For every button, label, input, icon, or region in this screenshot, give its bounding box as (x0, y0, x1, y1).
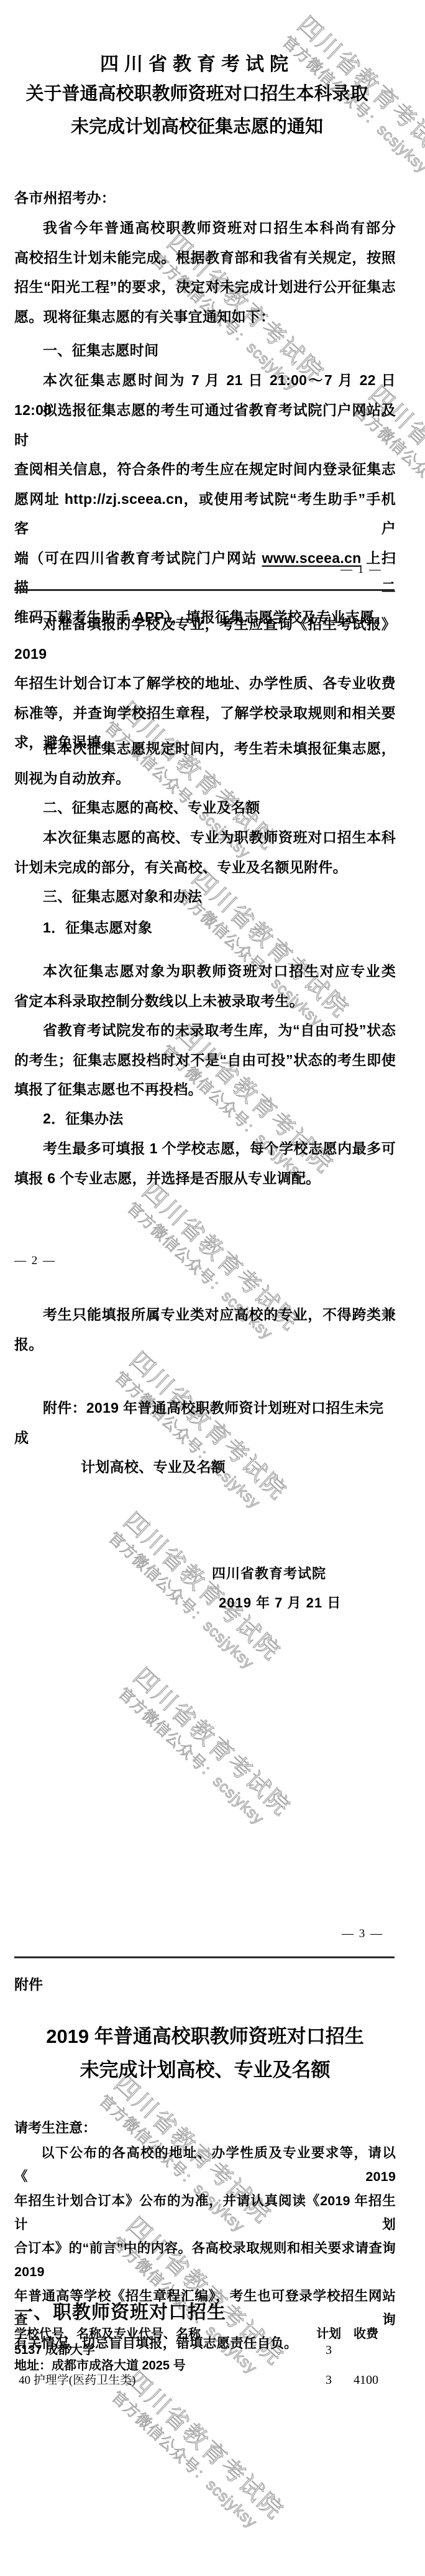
scanned-notice-page: { "watermark": { "large": "四川省教育考试院", "s… (0, 0, 425, 2576)
attachment-title-line-1: 2019 年普通高校职教师资班对口招生 (14, 2020, 396, 2048)
table-row-major: 40 护理学(医药卫生类) 3 4100 (14, 2373, 396, 2388)
page-number-3: — 3 — (342, 1927, 383, 1941)
page-number-1: — 1 — (340, 563, 382, 577)
col-school-header: 学校代号、名称及专业代号、名称 (14, 2327, 201, 2341)
col-plan-header: 计划 (313, 2327, 345, 2341)
section-heading-1: 一、征集志愿时间 (14, 336, 396, 366)
line-pre-text: 端（可在四川省教育考试院门户网站 (14, 550, 262, 566)
salutation: 各市州招考办： (14, 184, 396, 213)
attachment-title-line-2: 未完成计划高校、专业及名额 (14, 2054, 396, 2082)
page-separator-2 (14, 1956, 395, 1958)
table-row-school: 5137 成都大学 3 (14, 2343, 396, 2358)
major-fee: 4100 (349, 2373, 383, 2388)
page-separator-1 (14, 589, 395, 591)
paragraph-intro: 我省今年普通高校职教师资班对口招生本科尚有部分 高校招生计划未能完成。根据教育部… (14, 213, 396, 332)
section-heading-2: 二、征集志愿的高校、专业及名额 (14, 793, 396, 823)
paragraph-schools: 本次征集志愿的高校、专业为职教师资班对口招生本科 计划未完成的部分，有关高校、专… (14, 823, 396, 882)
sub-heading-1: 1．征集志愿对象 (14, 913, 396, 943)
candidate-notice-heading: 请考生注意： (14, 2118, 96, 2137)
paragraph-target: 本次征集志愿对象为职教师资班对口招生对应专业类 省定本科录取控制分数线以上未被录… (14, 957, 396, 1016)
attachment-label: 附件 (14, 1973, 43, 1994)
issuer-name: 四川省教育考试院 (14, 49, 380, 76)
notice-title-line-1: 关于普通高校职教师资班对口招生本科录取 (6, 80, 388, 105)
page-number-2: — 2 — (14, 1254, 56, 1268)
paragraph-method: 考生最多可填报 1 个学校志愿，每个学校志愿内最多可 填报 6 个专业志愿，并选… (14, 1134, 396, 1193)
sub-heading-2: 2．征集办法 (14, 1104, 396, 1134)
notice-document: 四川省教育考试院 关于普通高校职教师资班对口招生本科录取 未完成计划高校征集志愿… (0, 0, 425, 2576)
school-code-name: 5137 成都大学 (14, 2343, 95, 2357)
school-address: 地址：成都市成洛大道 2025 号 (14, 2359, 186, 2373)
attachment-section-title: 一、职教师资班对口招生 (14, 2297, 226, 2324)
paragraph-category-limit: 考生只能填报所属专业类对应高校的专业，不得跨类兼 报。 (14, 1300, 396, 1359)
table-row-address: 地址：成都市成洛大道 2025 号 (14, 2358, 396, 2373)
notice-title-line-2: 未完成计划高校征集志愿的通知 (6, 113, 388, 138)
school-plan-count: 3 (313, 2343, 345, 2358)
paragraph-how-to-apply: 拟选报征集志愿的考生可通过省教育考试院门户网站及时 查阅相关信息，符合条件的考生… (14, 396, 396, 632)
major-code-name: 40 护理学(医药卫生类) (14, 2374, 135, 2387)
signature-org: 四川省教育考试院 (212, 1563, 326, 1583)
table-header-row: 学校代号、名称及专业代号、名称 计划 收费 (14, 2327, 396, 2341)
section-heading-3: 三、征集志愿对象和办法 (14, 882, 396, 912)
signature-date: 2019 年 7 月 21 日 (219, 1593, 341, 1612)
col-fee-header: 收费 (349, 2327, 383, 2341)
paragraph-deadline: 在本次征集志愿规定时间内，考生若未填报征集志愿， 则视为自动放弃。 (14, 734, 396, 793)
paragraph-free-status: 省教育考试院发布的未录取考生库，为“自由可投”状态 的考生；征集志愿投档时对不是… (14, 1016, 396, 1105)
major-plan-count: 3 (313, 2373, 345, 2388)
attachment-reference: 附件：2019 年普通高校职教师资计划班对口招生未完成 计划高校、专业及名额 (14, 1393, 396, 1482)
